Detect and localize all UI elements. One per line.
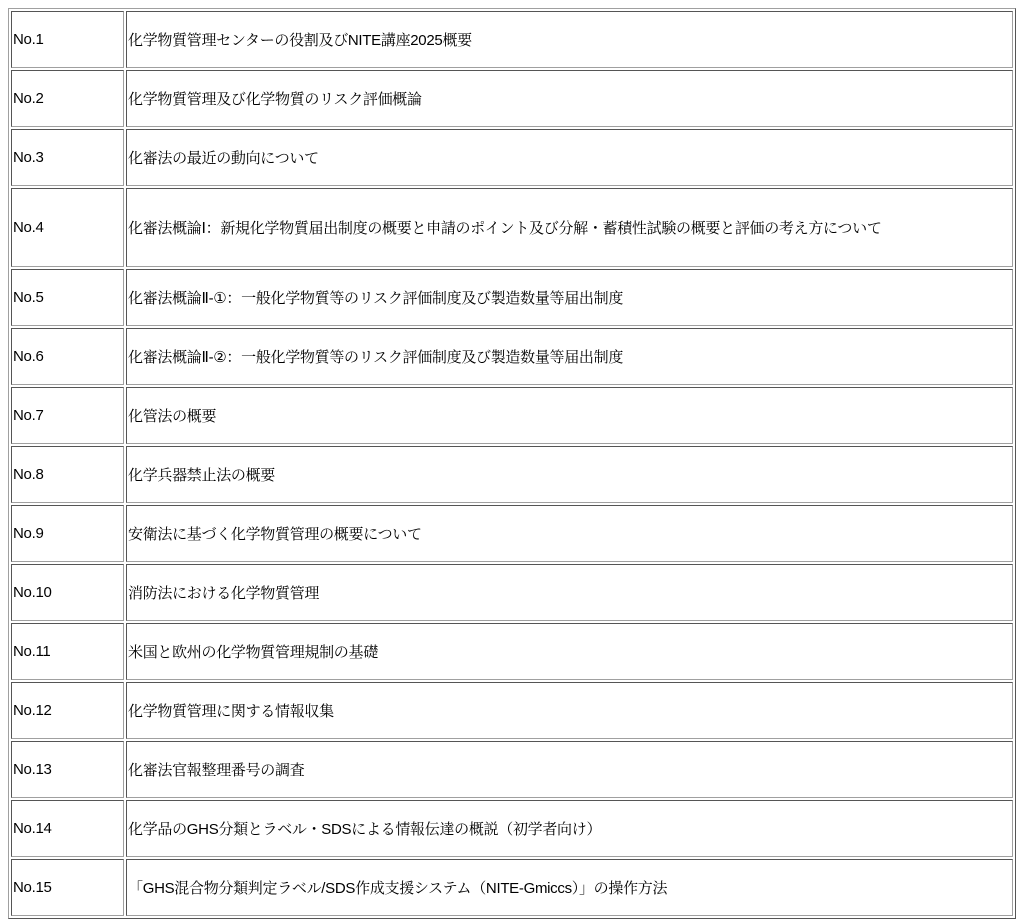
lecture-title: 化学品のGHS分類とラベル・SDSによる情報伝達の概説（初学者向け） [126,800,1013,857]
lecture-table-container: No.1 化学物質管理センターの役割及びNITE講座2025概要 No.2 化学… [8,8,1016,897]
lecture-title: 化学兵器禁止法の概要 [126,446,1013,503]
lecture-title: 米国と欧州の化学物質管理規制の基礎 [126,623,1013,680]
table-row: No.5 化審法概論Ⅱ-①：一般化学物質等のリスク評価制度及び製造数量等届出制度 [11,269,1013,326]
table-row: No.14 化学品のGHS分類とラベル・SDSによる情報伝達の概説（初学者向け） [11,800,1013,857]
lecture-number: No.3 [11,129,124,186]
table-row: No.2 化学物質管理及び化学物質のリスク評価概論 [11,70,1013,127]
lecture-title: 「GHS混合物分類判定ラベル/SDS作成支援システム（NITE-Gmiccs）」… [126,859,1013,897]
table-row: No.1 化学物質管理センターの役割及びNITE講座2025概要 [11,11,1013,68]
lecture-title: 化学物質管理に関する情報収集 [126,682,1013,739]
lecture-title: 化審法概論Ⅰ：新規化学物質届出制度の概要と申請のポイント及び分解・蓄積性試験の概… [126,188,1013,267]
lecture-title: 化審法の最近の動向について [126,129,1013,186]
lecture-number: No.9 [11,505,124,562]
lecture-title: 化管法の概要 [126,387,1013,444]
lecture-title: 化学物質管理及び化学物質のリスク評価概論 [126,70,1013,127]
lecture-number: No.4 [11,188,124,267]
lecture-number: No.6 [11,328,124,385]
lecture-number: No.8 [11,446,124,503]
lecture-table: No.1 化学物質管理センターの役割及びNITE講座2025概要 No.2 化学… [8,8,1016,897]
lecture-title: 化審法概論Ⅱ-①：一般化学物質等のリスク評価制度及び製造数量等届出制度 [126,269,1013,326]
table-row: No.4 化審法概論Ⅰ：新規化学物質届出制度の概要と申請のポイント及び分解・蓄積… [11,188,1013,267]
table-row: No.10 消防法における化学物質管理 [11,564,1013,621]
table-row: No.9 安衛法に基づく化学物質管理の概要について [11,505,1013,562]
lecture-number: No.13 [11,741,124,798]
lecture-number: No.1 [11,11,124,68]
table-row: No.11 米国と欧州の化学物質管理規制の基礎 [11,623,1013,680]
table-row: No.3 化審法の最近の動向について [11,129,1013,186]
lecture-title: 安衛法に基づく化学物質管理の概要について [126,505,1013,562]
lecture-number: No.2 [11,70,124,127]
table-row: No.12 化学物質管理に関する情報収集 [11,682,1013,739]
table-row: No.15 「GHS混合物分類判定ラベル/SDS作成支援システム（NITE-Gm… [11,859,1013,897]
table-row: No.6 化審法概論Ⅱ-②：一般化学物質等のリスク評価制度及び製造数量等届出制度 [11,328,1013,385]
lecture-number: No.10 [11,564,124,621]
lecture-number: No.7 [11,387,124,444]
lecture-title: 化審法官報整理番号の調査 [126,741,1013,798]
lecture-number: No.11 [11,623,124,680]
table-row: No.13 化審法官報整理番号の調査 [11,741,1013,798]
lecture-number: No.5 [11,269,124,326]
table-row: No.7 化管法の概要 [11,387,1013,444]
lecture-title: 化学物質管理センターの役割及びNITE講座2025概要 [126,11,1013,68]
lecture-number: No.12 [11,682,124,739]
lecture-title: 消防法における化学物質管理 [126,564,1013,621]
lecture-title: 化審法概論Ⅱ-②：一般化学物質等のリスク評価制度及び製造数量等届出制度 [126,328,1013,385]
lecture-number: No.14 [11,800,124,857]
lecture-number: No.15 [11,859,124,897]
table-row: No.8 化学兵器禁止法の概要 [11,446,1013,503]
